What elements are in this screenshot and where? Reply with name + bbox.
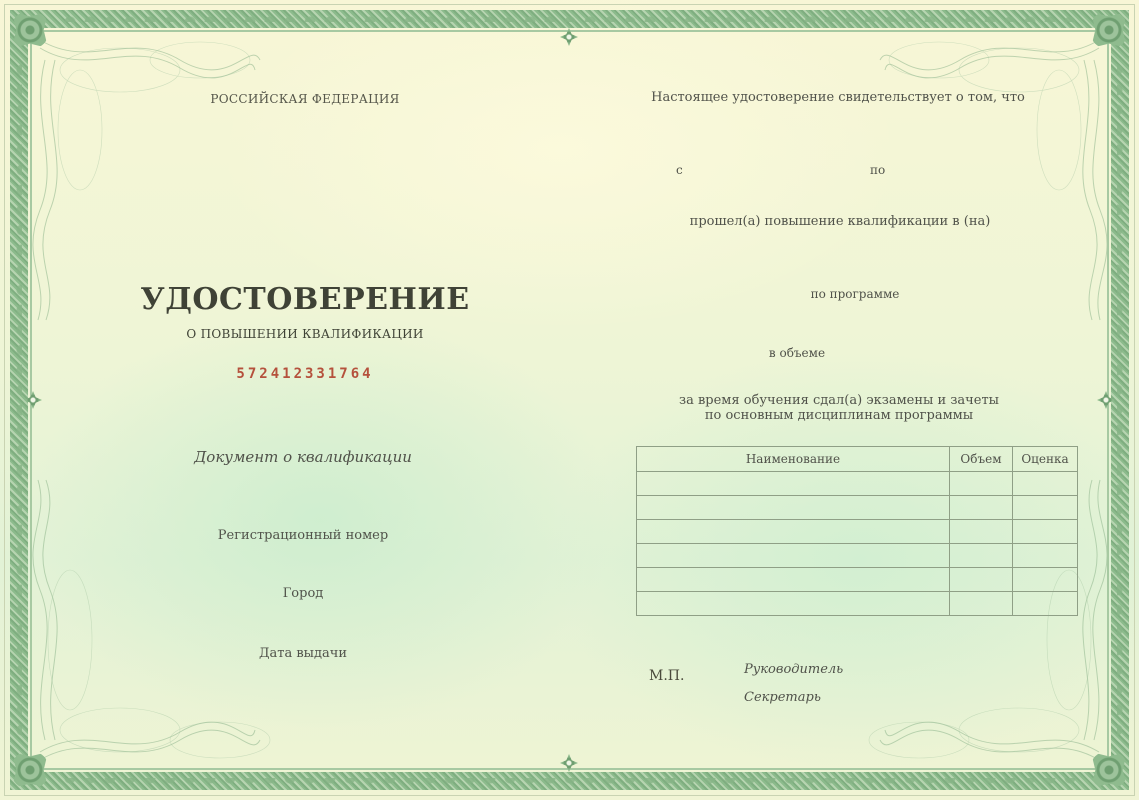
corner-rosette-icon (12, 752, 48, 788)
cell-volume (950, 592, 1013, 616)
registration-number-label: Регистрационный номер (218, 528, 388, 543)
table-row (637, 520, 1078, 544)
cell-volume (950, 544, 1013, 568)
table-header-row: Наименование Объем Оценка (637, 447, 1078, 472)
volume-label: в объеме (769, 346, 825, 360)
scallop-border-bottom (60, 778, 1079, 788)
cell-subject-name (637, 472, 950, 496)
corner-rosette-icon (1091, 752, 1127, 788)
city-label: Город (283, 586, 324, 601)
corner-rosette-icon (1091, 12, 1127, 48)
cell-grade (1013, 520, 1078, 544)
secretary-signature-label: Секретарь (744, 690, 821, 705)
table-row (637, 472, 1078, 496)
document-title: УДОСТОВЕРЕНИЕ (140, 282, 469, 317)
issue-date-label: Дата выдачи (259, 646, 347, 661)
cell-volume (950, 520, 1013, 544)
head-signature-label: Руководитель (744, 662, 843, 677)
table-row (637, 592, 1078, 616)
column-header-grade: Оценка (1013, 447, 1078, 472)
institution-label: прошел(а) повышение квалификации в (на) (690, 214, 991, 229)
serial-number: 572412331764 (236, 366, 373, 382)
document-subtitle: О ПОВЫШЕНИИ КВАЛИФИКАЦИИ (186, 327, 423, 341)
subjects-table: Наименование Объем Оценка (636, 446, 1078, 616)
country-name: РОССИЙСКАЯ ФЕДЕРАЦИЯ (210, 92, 399, 106)
cell-grade (1013, 568, 1078, 592)
cell-subject-name (637, 592, 950, 616)
column-header-volume: Объем (950, 447, 1013, 472)
table-row (637, 496, 1078, 520)
exams-statement-line2: по основным дисциплинам программы (705, 408, 973, 423)
corner-rosette-icon (12, 12, 48, 48)
column-header-name: Наименование (637, 447, 950, 472)
scallop-border-right (1117, 60, 1127, 740)
document-kind: Документ о квалификации (194, 448, 412, 466)
table-row (637, 568, 1078, 592)
cell-grade (1013, 472, 1078, 496)
cell-subject-name (637, 520, 950, 544)
cell-volume (950, 496, 1013, 520)
cell-subject-name (637, 568, 950, 592)
certifies-statement: Настоящее удостоверение свидетельствует … (651, 90, 1025, 105)
to-date-label: по (870, 163, 885, 177)
cell-grade (1013, 544, 1078, 568)
cell-volume (950, 472, 1013, 496)
cell-grade (1013, 496, 1078, 520)
exams-statement-line1: за время обучения сдал(а) экзамены и зач… (679, 393, 999, 408)
cell-grade (1013, 592, 1078, 616)
program-label: по программе (811, 287, 900, 301)
table-row (637, 544, 1078, 568)
scallop-border-top (60, 12, 1079, 22)
cell-subject-name (637, 496, 950, 520)
from-date-label: с (676, 163, 683, 177)
stamp-place-label: М.П. (649, 668, 684, 684)
scallop-border-left (12, 60, 22, 740)
cell-volume (950, 568, 1013, 592)
cell-subject-name (637, 544, 950, 568)
